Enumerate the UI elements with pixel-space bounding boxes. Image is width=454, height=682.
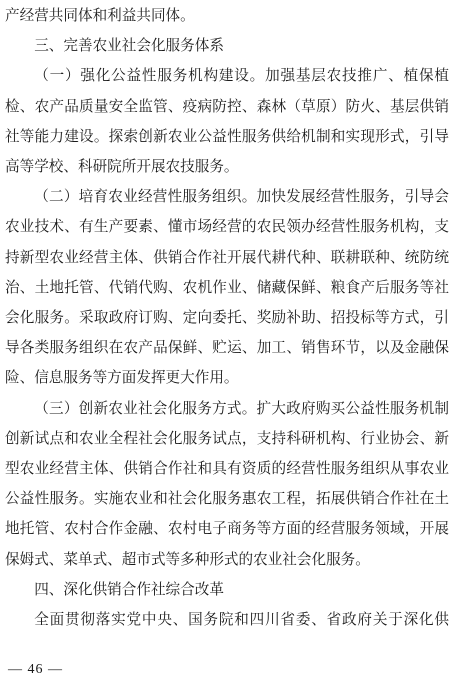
page-number: — 46 — (8, 662, 63, 678)
paragraph: （一）强化公益性服务机构建设。加强基层农技推广、植保植检、农产品质量安全监管、疫… (5, 61, 449, 182)
document-page: 产经营共同体和利益共同体。三、完善农业社会化服务体系（一）强化公益性服务机构建设… (0, 0, 454, 682)
paragraph: 全面贯彻落实党中央、国务院和四川省委、省政府关于深化供 (5, 605, 449, 635)
document-body: 产经营共同体和利益共同体。三、完善农业社会化服务体系（一）强化公益性服务机构建设… (5, 1, 449, 635)
section-heading: 四、深化供销合作社综合改革 (5, 575, 449, 605)
paragraph: （二）培育农业经营性服务组织。加快发展经营性服务，引导会农业技术、有生产要素、懂… (5, 182, 449, 393)
section-heading: 三、完善农业社会化服务体系 (5, 31, 449, 61)
paragraph: （三）创新农业社会化服务方式。扩大政府购买公益性服务机制创新试点和农业全程社会化… (5, 394, 449, 575)
paragraph: 产经营共同体和利益共同体。 (5, 1, 449, 31)
